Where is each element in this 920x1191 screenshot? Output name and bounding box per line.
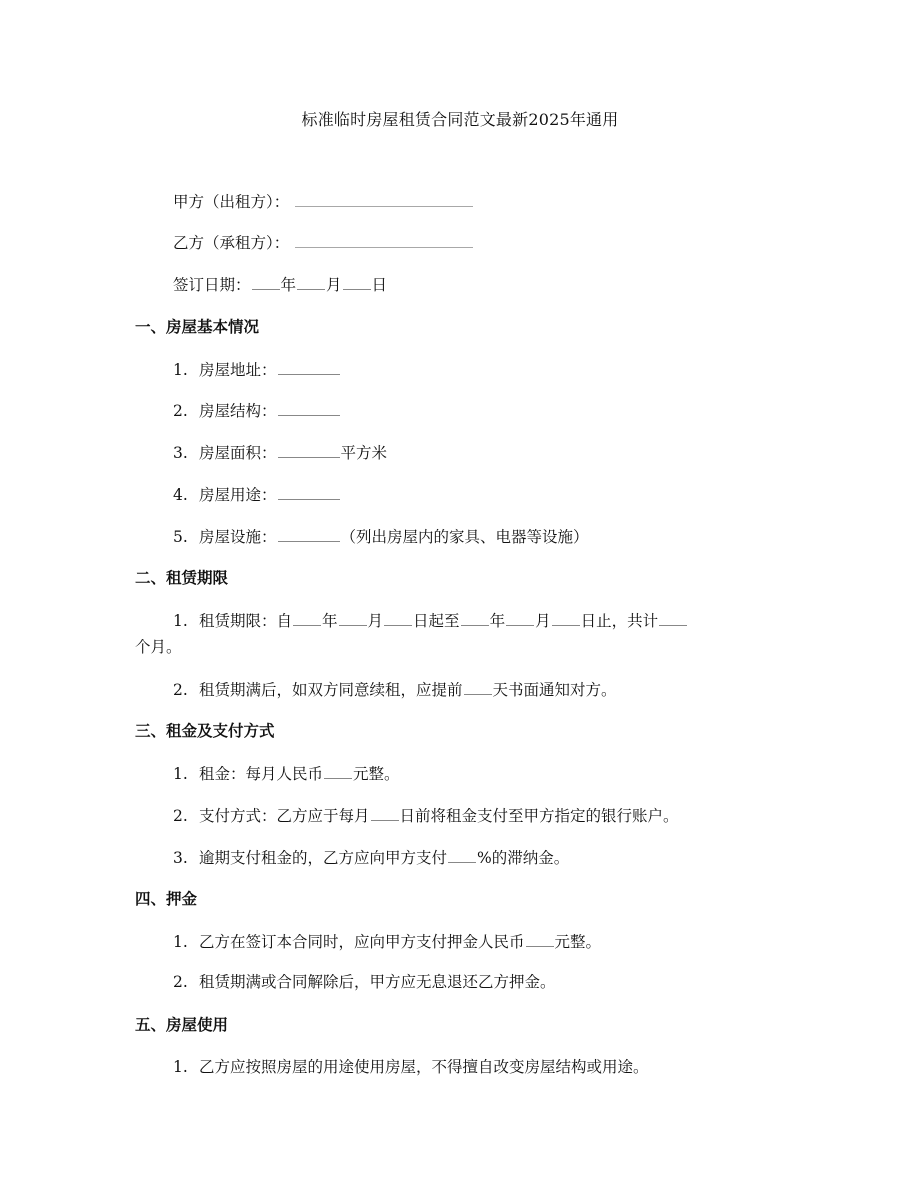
item-text: 租金：每月人民币: [199, 765, 323, 783]
list-item: 2.房屋结构：: [173, 399, 341, 422]
list-item: 2.租赁期满或合同解除后，甲方应无息退还乙方押金。: [173, 971, 556, 993]
facilities-blank: [278, 525, 340, 542]
late-fee-blank: [448, 846, 476, 863]
section-heading-house-use: 五、房屋使用: [135, 1014, 228, 1036]
list-item: 2.租赁期满后，如双方同意续租，应提前天书面通知对方。: [173, 678, 617, 701]
list-item: 4.房屋用途：: [173, 483, 341, 506]
month-blank: [297, 273, 325, 290]
item-number: 1.: [173, 931, 199, 953]
item-number: 1.: [173, 1056, 199, 1078]
sign-date-label: 签订日期：: [173, 276, 251, 294]
structure-blank: [278, 399, 340, 416]
item-text: 租赁期满后，如双方同意续租，应提前: [199, 681, 463, 699]
month-unit: 月: [326, 276, 342, 294]
item-number: 3.: [173, 847, 199, 869]
item-number: 1.: [173, 359, 199, 381]
sign-date-line: 签订日期：年月日: [173, 273, 387, 296]
unit-text: 日起至: [413, 612, 460, 630]
list-item: 1.租金：每月人民币元整。: [173, 762, 400, 785]
section-heading-deposit: 四、押金: [135, 888, 197, 910]
list-item: 2.支付方式：乙方应于每月日前将租金支付至甲方指定的银行账户。: [173, 804, 679, 827]
party-b-blank: [295, 231, 473, 248]
party-a-blank: [295, 190, 473, 207]
unit-text: 年: [490, 612, 506, 630]
item-label: 房屋地址：: [199, 361, 277, 379]
start-day-blank: [384, 609, 412, 626]
list-item: 1.房屋地址：: [173, 358, 341, 381]
item-number: 5.: [173, 526, 199, 548]
item-label: 房屋用途：: [199, 486, 277, 504]
address-blank: [278, 358, 340, 375]
rent-amount-blank: [324, 762, 352, 779]
document-page: 标准临时房屋租赁合同范文最新2025年通用 甲方（出租方）： 乙方（承租方）： …: [0, 0, 920, 1191]
list-item: 1.租赁期限：自年月日起至年月日止，共计: [173, 609, 688, 632]
party-a-line: 甲方（出租方）：: [173, 190, 474, 213]
end-month-blank: [506, 609, 534, 626]
item-text: 天书面通知对方。: [493, 681, 617, 699]
area-blank: [278, 441, 340, 458]
item-text: %的滞纳金。: [477, 849, 569, 867]
notice-days-blank: [464, 678, 492, 695]
item-number: 2.: [173, 679, 199, 701]
party-b-label: 乙方（承租方）：: [173, 234, 289, 252]
item-suffix: 平方米: [341, 444, 388, 462]
item-text: 租赁期限：自: [199, 612, 292, 630]
item-text: 元整。: [555, 933, 602, 951]
unit-text: 月: [535, 612, 551, 630]
payment-day-blank: [371, 804, 399, 821]
list-item-continuation: 个月。: [135, 636, 182, 658]
item-number: 1.: [173, 763, 199, 785]
item-number: 1.: [173, 610, 199, 632]
item-label: 房屋结构：: [199, 402, 277, 420]
item-number: 4.: [173, 484, 199, 506]
item-text: 逾期支付租金的，乙方应向甲方支付: [199, 849, 447, 867]
item-number: 3.: [173, 442, 199, 464]
end-year-blank: [461, 609, 489, 626]
end-day-blank: [552, 609, 580, 626]
item-text: 乙方在签订本合同时，应向甲方支付押金人民币: [199, 933, 525, 951]
item-number: 2.: [173, 400, 199, 422]
year-blank: [252, 273, 280, 290]
party-b-line: 乙方（承租方）：: [173, 231, 474, 254]
start-year-blank: [293, 609, 321, 626]
unit-text: 月: [368, 612, 384, 630]
total-months-blank: [659, 609, 687, 626]
item-text: 乙方应按照房屋的用途使用房屋，不得擅自改变房屋结构或用途。: [199, 1058, 649, 1076]
list-item: 3.房屋面积：平方米: [173, 441, 387, 464]
item-number: 2.: [173, 971, 199, 993]
section-heading-lease-term: 二、租赁期限: [135, 567, 228, 589]
item-text: 租赁期满或合同解除后，甲方应无息退还乙方押金。: [199, 973, 556, 991]
item-suffix: （列出房屋内的家具、电器等设施）: [341, 528, 589, 546]
list-item: 5.房屋设施：（列出房屋内的家具、电器等设施）: [173, 525, 589, 548]
section-heading-rent-payment: 三、租金及支付方式: [135, 720, 275, 742]
item-label: 房屋面积：: [199, 444, 277, 462]
item-text: 元整。: [353, 765, 400, 783]
unit-text: 日止，共计: [581, 612, 659, 630]
list-item: 1.乙方在签订本合同时，应向甲方支付押金人民币元整。: [173, 930, 601, 953]
item-label: 房屋设施：: [199, 528, 277, 546]
day-unit: 日: [372, 276, 388, 294]
item-text: 支付方式：乙方应于每月: [199, 807, 370, 825]
section-heading-basic-info: 一、房屋基本情况: [135, 316, 259, 338]
day-blank: [343, 273, 371, 290]
unit-text: 年: [322, 612, 338, 630]
item-text: 日前将租金支付至甲方指定的银行账户。: [400, 807, 679, 825]
list-item: 1.乙方应按照房屋的用途使用房屋，不得擅自改变房屋结构或用途。: [173, 1056, 649, 1078]
party-a-label: 甲方（出租方）：: [173, 193, 289, 211]
deposit-amount-blank: [526, 930, 554, 947]
item-number: 2.: [173, 805, 199, 827]
document-title: 标准临时房屋租赁合同范文最新2025年通用: [0, 109, 920, 131]
start-month-blank: [339, 609, 367, 626]
usage-blank: [278, 483, 340, 500]
list-item: 3.逾期支付租金的，乙方应向甲方支付%的滞纳金。: [173, 846, 569, 869]
year-unit: 年: [281, 276, 297, 294]
